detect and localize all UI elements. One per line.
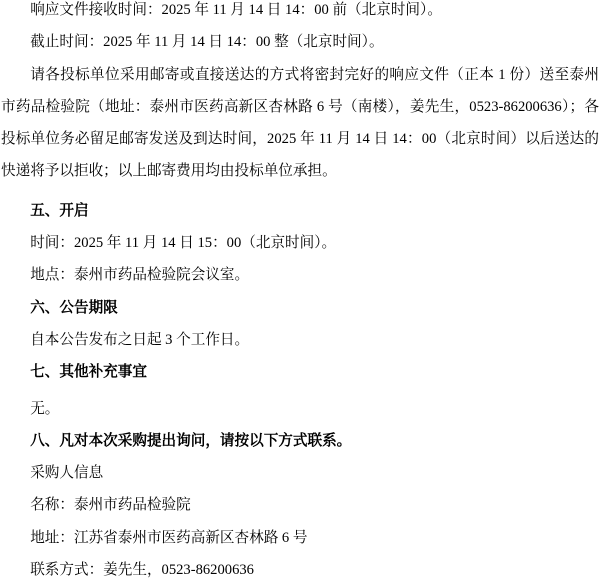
document-page: 响应文件接收时间：2025 年 11 月 14 日 14：00 前（北京时间）。… — [0, 0, 600, 576]
paragraph-response-receive-time: 响应文件接收时间：2025 年 11 月 14 日 14：00 前（北京时间）。 — [1, 0, 599, 26]
paragraph-announcement-period: 自本公告发布之日起 3 个工作日。 — [1, 324, 599, 356]
heading-section-7-other-matters: 七、其他补充事宜 — [1, 356, 599, 388]
paragraph-contact-method: 联系方式：姜先生，0523-86200636 — [1, 554, 599, 582]
heading-section-8-contact: 八、凡对本次采购提出询问，请按以下方式联系。 — [1, 425, 599, 457]
paragraph-delivery-instructions: 请各投标单位采用邮寄或直接送达的方式将密封完好的响应文件（正本 1 份）送至泰州… — [1, 59, 599, 188]
heading-section-6-announcement-period: 六、公告期限 — [1, 292, 599, 324]
paragraph-purchaser-info-label: 采购人信息 — [1, 457, 599, 489]
paragraph-purchaser-name: 名称：泰州市药品检验院 — [1, 489, 599, 521]
paragraph-other-matters-none: 无。 — [1, 393, 599, 425]
paragraph-opening-time: 时间：2025 年 11 月 14 日 15：00（北京时间）。 — [1, 227, 599, 259]
paragraph-purchaser-address: 地址：江苏省泰州市医药高新区杏林路 6 号 — [1, 522, 599, 554]
paragraph-cutoff-time: 截止时间：2025 年 11 月 14 日 14：00 整（北京时间）。 — [1, 26, 599, 58]
heading-section-5-opening: 五、开启 — [1, 195, 599, 227]
paragraph-opening-location: 地点：泰州市药品检验院会议室。 — [1, 259, 599, 291]
